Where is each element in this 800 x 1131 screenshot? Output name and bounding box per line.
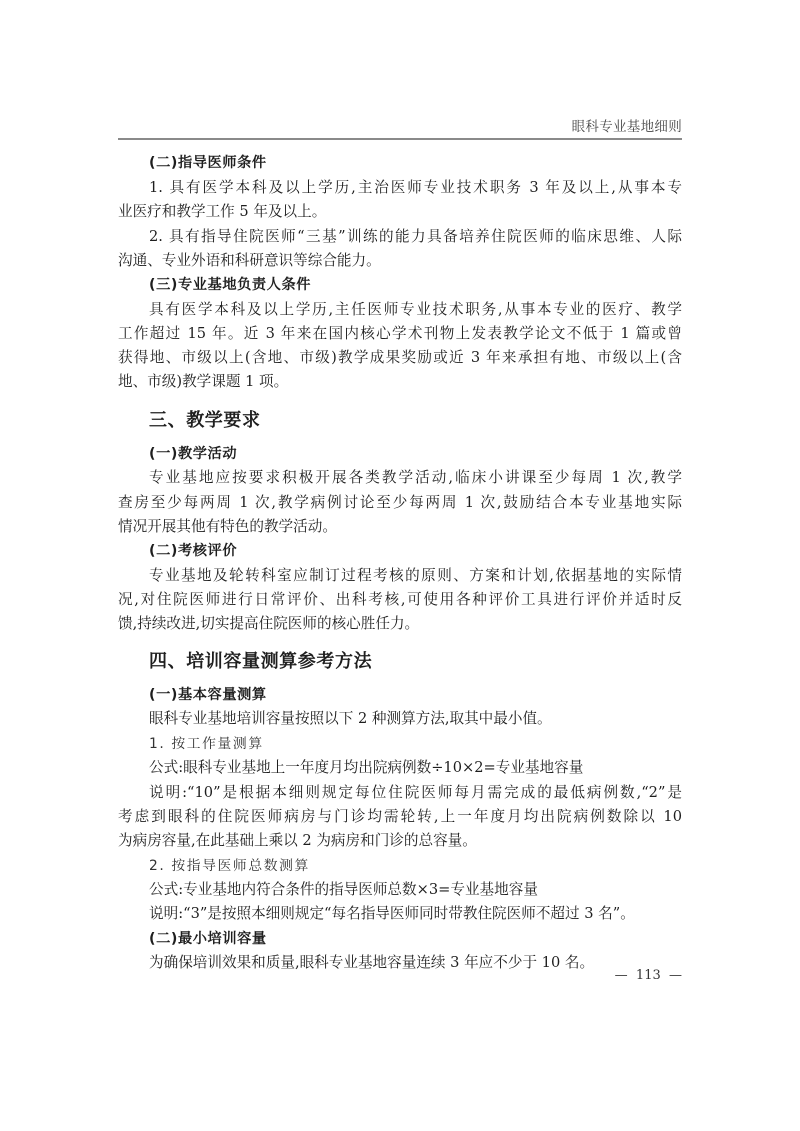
subheading-director-conditions: (三)专业基地负责人条件 — [149, 274, 713, 296]
paragraph-line: 说明:“3”是按照本细则规定“每名指导医师同时带教住院医师不超过 3 名”。 — [149, 903, 682, 925]
paragraph-line: 考虑到眼科的住院医师病房与门诊均需轮转,上一年度月均出院病例数除以 10 — [118, 806, 682, 828]
formula-instructor-count: 公式:专业基地内符合条件的指导医师总数×3=专业基地容量 — [149, 879, 682, 901]
subheading-instructor-conditions: (二)指导医师条件 — [149, 152, 713, 174]
paragraph-line: 2. 具有指导住院医师“三基”训练的能力具备培养住院医师的临床思维、人际 — [149, 226, 682, 248]
method-title-instructor-count: 2. 按指导医师总数测算 — [149, 855, 682, 877]
page-number: — 113 — — [602, 968, 682, 983]
paragraph-line: 沟通、专业外语和科研意识等综合能力。 — [118, 250, 682, 272]
paragraph-line: 馈,持续改进,切实提高住院医师的核心胜任力。 — [118, 613, 682, 635]
subheading-assessment: (二)考核评价 — [149, 540, 713, 562]
paragraph-line: 业医疗和教学工作 5 年及以上。 — [118, 201, 682, 223]
paragraph-line: 获得地、市级以上(含地、市级)教学成果奖励或近 3 年来承担有地、市级以上(含 — [118, 347, 682, 369]
subheading-basic-capacity: (一)基本容量测算 — [149, 684, 713, 706]
section-title-teaching-requirements: 三、教学要求 — [149, 408, 261, 434]
paragraph-line: 地、市级)教学课题 1 项。 — [118, 371, 682, 393]
paragraph-line: 1. 具有医学本科及以上学历,主治医师专业技术职务 3 年及以上,从事本专 — [149, 177, 682, 199]
paragraph-line: 情况开展其他有特色的教学活动。 — [118, 516, 682, 538]
paragraph-line: 况,对住院医师进行日常评价、出科考核,可使用各种评价工具进行评价并适时反 — [118, 589, 682, 611]
subheading-teaching-activities: (一)教学活动 — [149, 443, 713, 465]
paragraph-line: 工作超过 15 年。近 3 年来在国内核心学术刊物上发表教学论文不低于 1 篇或… — [118, 323, 682, 345]
subheading-minimum-capacity: (二)最小培训容量 — [149, 928, 713, 950]
paragraph-line: 查房至少每两周 1 次,教学病例讨论至少每两周 1 次,鼓励结合本专业基地实际 — [118, 492, 682, 514]
formula-workload: 公式:眼科专业基地上一年度月均出院病例数÷10×2=专业基地容量 — [149, 757, 682, 779]
paragraph-line: 专业基地及轮转科室应制订过程考核的原则、方案和计划,依据基地的实际情 — [149, 565, 682, 587]
paragraph-line: 专业基地应按要求积极开展各类教学活动,临床小讲课至少每周 1 次,教学 — [149, 467, 682, 489]
paragraph-line: 具有医学本科及以上学历,主任医师专业技术职务,从事本专业的医疗、教学 — [149, 299, 682, 321]
paragraph-line: 眼科专业基地培训容量按照以下 2 种测算方法,取其中最小值。 — [149, 708, 682, 730]
paragraph-line: 说明:“10”是根据本细则规定每位住院医师每月需完成的最低病例数,“2”是 — [149, 782, 682, 804]
running-header-title: 眼科专业基地细则 — [568, 115, 682, 135]
paragraph-line: 为病房容量,在此基础上乘以 2 为病房和门诊的总容量。 — [118, 830, 682, 852]
section-title-capacity-methods: 四、培训容量测算参考方法 — [149, 649, 372, 675]
header-divider — [118, 138, 682, 140]
method-title-workload: 1. 按工作量测算 — [149, 733, 682, 755]
